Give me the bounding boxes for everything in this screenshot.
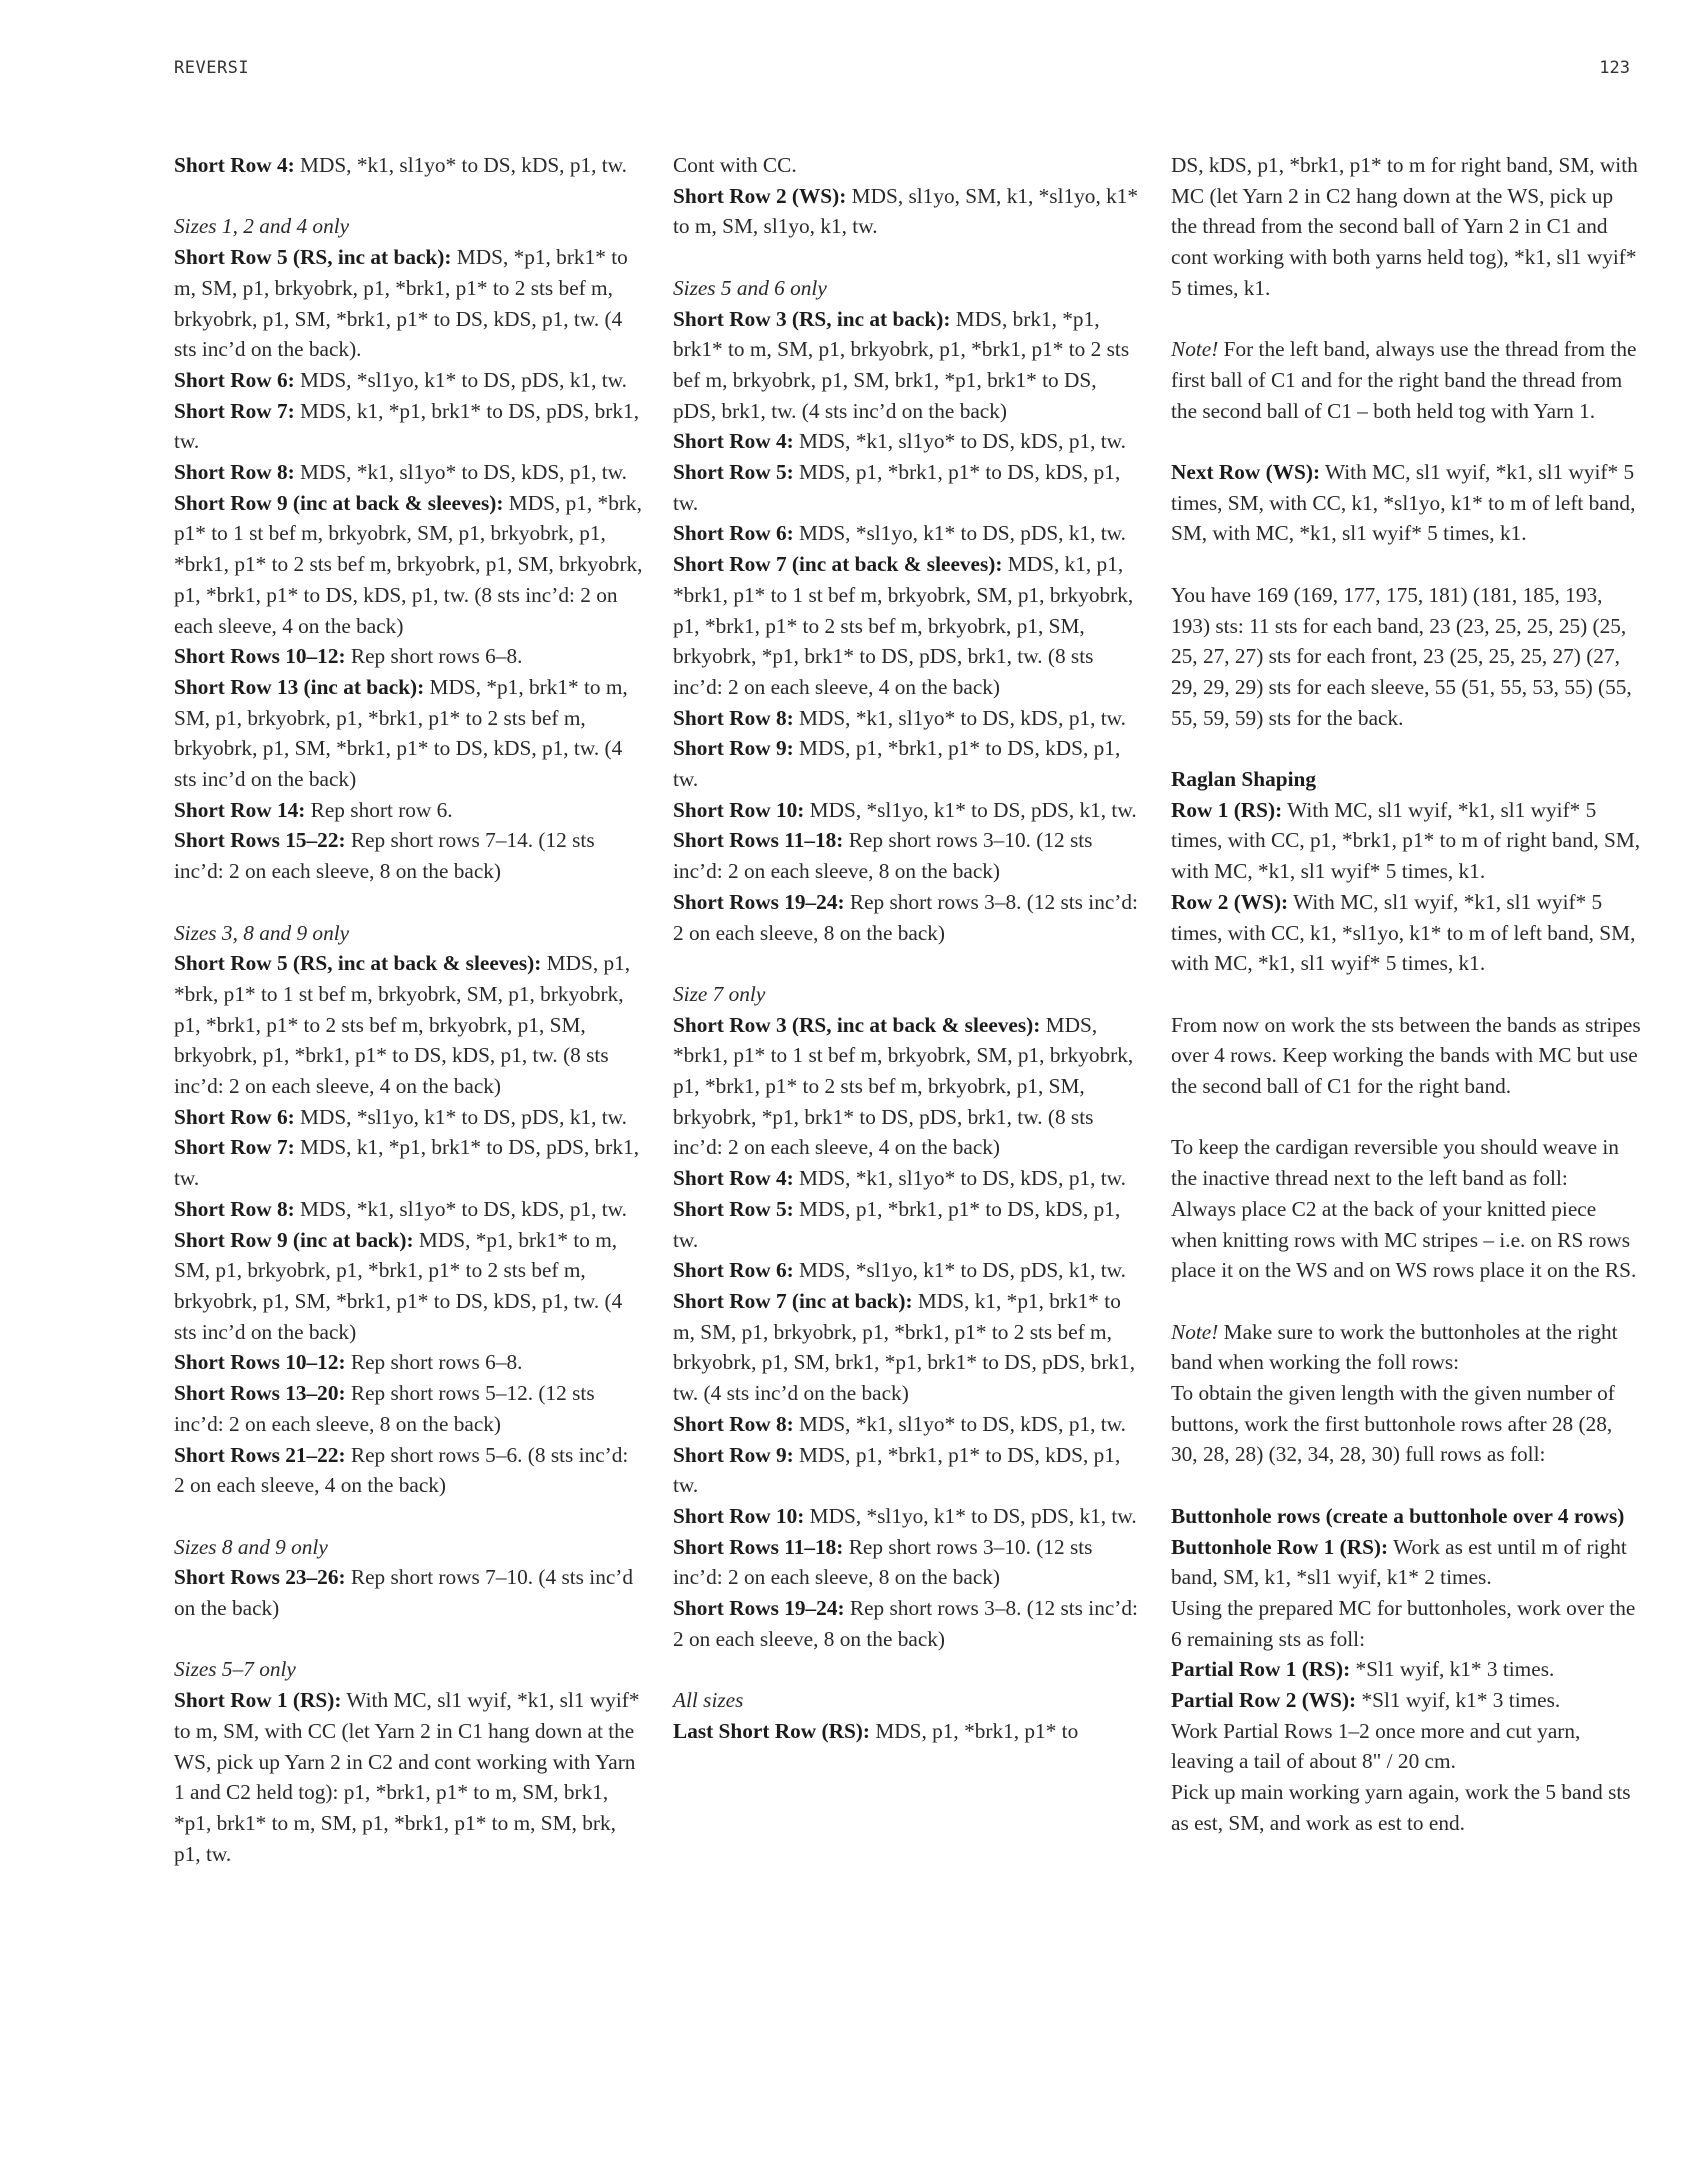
row-instructions: To obtain the given length with the give… — [1171, 1381, 1615, 1466]
row-label: Short Rows 10–12: — [174, 644, 346, 668]
instruction-paragraph: Short Row 6: MDS, *sl1yo, k1* to DS, pDS… — [174, 365, 644, 396]
instruction-paragraph: Short Row 5: MDS, p1, *brk1, p1* to DS, … — [673, 457, 1143, 518]
page-number: 123 — [1599, 58, 1630, 78]
instruction-paragraph: Row 2 (WS): With MC, sl1 wyif, *k1, sl1 … — [1171, 887, 1641, 979]
instruction-paragraph: Buttonhole Row 1 (RS): Work as est until… — [1171, 1532, 1641, 1593]
instruction-paragraph: Pick up main working yarn again, work th… — [1171, 1777, 1641, 1838]
instruction-paragraph: Short Row 5: MDS, p1, *brk1, p1* to DS, … — [673, 1194, 1143, 1255]
row-instructions: Rep short row 6. — [305, 798, 452, 822]
row-label: Short Row 8: — [174, 460, 295, 484]
instruction-paragraph: Sizes 8 and 9 only — [174, 1532, 644, 1563]
instruction-paragraph: Short Rows 19–24: Rep short rows 3–8. (1… — [673, 887, 1143, 948]
instruction-paragraph: Short Row 4: MDS, *k1, sl1yo* to DS, kDS… — [673, 1163, 1143, 1194]
row-label: Short Row 4: — [673, 429, 794, 453]
instruction-paragraph: Partial Row 2 (WS): *Sl1 wyif, k1* 3 tim… — [1171, 1685, 1641, 1716]
instruction-paragraph: Short Row 6: MDS, *sl1yo, k1* to DS, pDS… — [174, 1102, 644, 1133]
row-label: Short Row 5 (RS, inc at back): — [174, 245, 451, 269]
instruction-paragraph: Next Row (WS): With MC, sl1 wyif, *k1, s… — [1171, 457, 1641, 549]
row-label: Short Row 3 (RS, inc at back): — [673, 307, 950, 331]
row-instructions: MDS, *k1, sl1yo* to DS, kDS, p1, tw. — [794, 1166, 1126, 1190]
instruction-paragraph: Short Row 13 (inc at back): MDS, *p1, br… — [174, 672, 644, 795]
row-label: Short Row 7 (inc at back): — [673, 1289, 913, 1313]
row-instructions: MDS, *sl1yo, k1* to DS, pDS, k1, tw. — [295, 368, 627, 392]
row-instructions: MDS, *k1, sl1yo* to DS, kDS, p1, tw. — [295, 1197, 627, 1221]
row-instructions: MDS, *k1, sl1yo* to DS, kDS, p1, tw. — [295, 460, 627, 484]
row-instructions: MDS, *sl1yo, k1* to DS, pDS, k1, tw. — [794, 1258, 1126, 1282]
row-label: Short Row 4: — [673, 1166, 794, 1190]
instruction-paragraph: Short Rows 10–12: Rep short rows 6–8. — [174, 641, 644, 672]
row-instructions: MDS, *k1, sl1yo* to DS, kDS, p1, tw. — [794, 429, 1126, 453]
row-instructions: To keep the cardigan reversible you shou… — [1171, 1135, 1619, 1190]
row-label: Short Row 6: — [673, 1258, 794, 1282]
instruction-paragraph: Short Row 10: MDS, *sl1yo, k1* to DS, pD… — [673, 795, 1143, 826]
instruction-paragraph: From now on work the sts between the ban… — [1171, 1010, 1641, 1102]
instruction-paragraph: Short Row 7: MDS, k1, *p1, brk1* to DS, … — [174, 396, 644, 457]
instruction-paragraph: Sizes 3, 8 and 9 only — [174, 918, 644, 949]
row-label: Short Row 4: — [174, 153, 295, 177]
row-label: Short Rows 15–22: — [174, 828, 346, 852]
instruction-paragraph: DS, kDS, p1, *brk1, p1* to m for right b… — [1171, 150, 1641, 304]
instruction-paragraph: Short Row 2 (WS): MDS, sl1yo, SM, k1, *s… — [673, 181, 1143, 242]
instruction-paragraph: Short Row 9 (inc at back & sleeves): MDS… — [174, 488, 644, 642]
row-label: Short Row 6: — [174, 1105, 295, 1129]
row-instructions: *Sl1 wyif, k1* 3 times. — [1350, 1657, 1554, 1681]
size-note: Sizes 1, 2 and 4 only — [174, 214, 349, 238]
instruction-paragraph: Short Row 5 (RS, inc at back & sleeves):… — [174, 948, 644, 1102]
row-label: Short Row 2 (WS): — [673, 184, 846, 208]
row-label: Row 2 (WS): — [1171, 890, 1288, 914]
instruction-paragraph: Short Row 4: MDS, *k1, sl1yo* to DS, kDS… — [174, 150, 644, 181]
row-label: Last Short Row (RS): — [673, 1719, 870, 1743]
row-instructions: MDS, p1, *brk1, p1* to — [870, 1719, 1078, 1743]
row-label: Short Row 9: — [673, 1443, 794, 1467]
row-label: Short Row 7 (inc at back & sleeves): — [673, 552, 1002, 576]
instruction-paragraph: Buttonhole rows (create a buttonhole ove… — [1171, 1501, 1641, 1532]
row-label: Short Rows 19–24: — [673, 1596, 845, 1620]
instruction-paragraph: Short Rows 15–22: Rep short rows 7–14. (… — [174, 825, 644, 886]
row-instructions: With MC, sl1 wyif, *k1, sl1 wyif* to m, … — [174, 1688, 640, 1866]
row-label: Short Row 10: — [673, 798, 804, 822]
size-note: Sizes 8 and 9 only — [174, 1535, 328, 1559]
instruction-paragraph: Size 7 only — [673, 979, 1143, 1010]
row-label: Short Row 8: — [174, 1197, 295, 1221]
row-instructions: *Sl1 wyif, k1* 3 times. — [1356, 1688, 1560, 1712]
instruction-paragraph: Short Row 9 (inc at back): MDS, *p1, brk… — [174, 1225, 644, 1348]
size-note: All sizes — [673, 1688, 743, 1712]
row-label: Short Row 5 (RS, inc at back & sleeves): — [174, 951, 541, 975]
instruction-paragraph: Short Row 14: Rep short row 6. — [174, 795, 644, 826]
running-title: REVERSI — [174, 58, 249, 78]
row-instructions: Cont with CC. — [673, 153, 797, 177]
instruction-paragraph: All sizes — [673, 1685, 1143, 1716]
instruction-paragraph: Sizes 5–7 only — [174, 1654, 644, 1685]
instruction-paragraph: Short Rows 11–18: Rep short rows 3–10. (… — [673, 1532, 1143, 1593]
row-instructions: You have 169 (169, 177, 175, 181) (181, … — [1171, 583, 1632, 730]
instruction-paragraph: Short Rows 21–22: Rep short rows 5–6. (8… — [174, 1440, 644, 1501]
row-label: Partial Row 1 (RS): — [1171, 1657, 1350, 1681]
row-label: Short Row 7: — [174, 399, 295, 423]
size-note: Size 7 only — [673, 982, 765, 1006]
instruction-paragraph: Short Row 6: MDS, *sl1yo, k1* to DS, pDS… — [673, 518, 1143, 549]
text-column-1: Short Row 4: MDS, *k1, sl1yo* to DS, kDS… — [174, 150, 644, 1869]
row-instructions: Work Partial Rows 1–2 once more and cut … — [1171, 1719, 1580, 1774]
row-label: Short Row 10: — [673, 1504, 804, 1528]
instruction-paragraph: Short Row 8: MDS, *k1, sl1yo* to DS, kDS… — [174, 1194, 644, 1225]
row-instructions: MDS, *sl1yo, k1* to DS, pDS, k1, tw. — [804, 798, 1136, 822]
row-label: Short Row 14: — [174, 798, 305, 822]
row-instructions: DS, kDS, p1, *brk1, p1* to m for right b… — [1171, 153, 1638, 300]
instruction-paragraph: Short Row 7: MDS, k1, *p1, brk1* to DS, … — [174, 1132, 644, 1193]
row-label: Short Row 9 (inc at back & sleeves): — [174, 491, 503, 515]
instruction-paragraph: Raglan Shaping — [1171, 764, 1641, 795]
size-note: Sizes 5–7 only — [174, 1657, 296, 1681]
size-note: Sizes 5 and 6 only — [673, 276, 827, 300]
instruction-paragraph: Short Row 3 (RS, inc at back): MDS, brk1… — [673, 304, 1143, 427]
instruction-paragraph: Last Short Row (RS): MDS, p1, *brk1, p1*… — [673, 1716, 1143, 1747]
instruction-paragraph: You have 169 (169, 177, 175, 181) (181, … — [1171, 580, 1641, 734]
text-column-2: Cont with CC.Short Row 2 (WS): MDS, sl1y… — [673, 150, 1143, 1747]
row-label: Raglan Shaping — [1171, 767, 1316, 791]
row-label: Short Row 3 (RS, inc at back & sleeves): — [673, 1013, 1040, 1037]
row-instructions: MDS, *k1, sl1yo* to DS, kDS, p1, tw. — [794, 1412, 1126, 1436]
instruction-paragraph: To keep the cardigan reversible you shou… — [1171, 1132, 1641, 1193]
instruction-paragraph: Using the prepared MC for buttonholes, w… — [1171, 1593, 1641, 1654]
instruction-paragraph: Short Row 5 (RS, inc at back): MDS, *p1,… — [174, 242, 644, 365]
instruction-paragraph: Short Row 4: MDS, *k1, sl1yo* to DS, kDS… — [673, 426, 1143, 457]
size-note: Note! — [1171, 337, 1218, 361]
row-label: Short Row 8: — [673, 1412, 794, 1436]
row-instructions: For the left band, always use the thread… — [1171, 337, 1636, 422]
instruction-paragraph: Short Row 8: MDS, *k1, sl1yo* to DS, kDS… — [673, 1409, 1143, 1440]
row-label: Short Row 9 (inc at back): — [174, 1228, 414, 1252]
instruction-paragraph: Short Rows 11–18: Rep short rows 3–10. (… — [673, 825, 1143, 886]
row-instructions: Rep short rows 6–8. — [346, 1350, 523, 1374]
row-label: Short Rows 23–26: — [174, 1565, 346, 1589]
instruction-paragraph: Note! Make sure to work the buttonholes … — [1171, 1317, 1641, 1378]
instruction-paragraph: Short Row 8: MDS, *k1, sl1yo* to DS, kDS… — [673, 703, 1143, 734]
row-label: Short Row 8: — [673, 706, 794, 730]
row-label: Short Row 1 (RS): — [174, 1688, 341, 1712]
instruction-paragraph: Short Rows 10–12: Rep short rows 6–8. — [174, 1347, 644, 1378]
row-label: Short Rows 10–12: — [174, 1350, 346, 1374]
row-label: Short Row 5: — [673, 460, 794, 484]
row-label: Short Rows 11–18: — [673, 1535, 843, 1559]
row-label: Buttonhole Row 1 (RS): — [1171, 1535, 1388, 1559]
row-label: Short Row 6: — [673, 521, 794, 545]
instruction-paragraph: Short Row 7 (inc at back & sleeves): MDS… — [673, 549, 1143, 703]
size-note: Sizes 3, 8 and 9 only — [174, 921, 349, 945]
row-label: Short Row 13 (inc at back): — [174, 675, 424, 699]
row-label: Row 1 (RS): — [1171, 798, 1282, 822]
instruction-paragraph: Cont with CC. — [673, 150, 1143, 181]
instruction-paragraph: Work Partial Rows 1–2 once more and cut … — [1171, 1716, 1641, 1777]
row-instructions: Always place C2 at the back of your knit… — [1171, 1197, 1636, 1282]
row-label: Short Row 9: — [673, 736, 794, 760]
instruction-paragraph: Short Row 8: MDS, *k1, sl1yo* to DS, kDS… — [174, 457, 644, 488]
instruction-paragraph: Short Rows 13–20: Rep short rows 5–12. (… — [174, 1378, 644, 1439]
text-column-3: DS, kDS, p1, *brk1, p1* to m for right b… — [1171, 150, 1641, 1839]
instruction-paragraph: Short Row 10: MDS, *sl1yo, k1* to DS, pD… — [673, 1501, 1143, 1532]
instruction-paragraph: Short Row 7 (inc at back): MDS, k1, *p1,… — [673, 1286, 1143, 1409]
row-instructions: Pick up main working yarn again, work th… — [1171, 1780, 1631, 1835]
instruction-paragraph: Short Row 1 (RS): With MC, sl1 wyif, *k1… — [174, 1685, 644, 1869]
instruction-paragraph: Row 1 (RS): With MC, sl1 wyif, *k1, sl1 … — [1171, 795, 1641, 887]
instruction-paragraph: Partial Row 1 (RS): *Sl1 wyif, k1* 3 tim… — [1171, 1654, 1641, 1685]
row-label: Partial Row 2 (WS): — [1171, 1688, 1356, 1712]
row-label: Short Row 5: — [673, 1197, 794, 1221]
row-label: Short Rows 13–20: — [174, 1381, 346, 1405]
row-label: Short Row 6: — [174, 368, 295, 392]
row-instructions: MDS, *sl1yo, k1* to DS, pDS, k1, tw. — [794, 521, 1126, 545]
row-label: Short Rows 19–24: — [673, 890, 845, 914]
instruction-paragraph: To obtain the given length with the give… — [1171, 1378, 1641, 1470]
instruction-paragraph: Short Row 6: MDS, *sl1yo, k1* to DS, pDS… — [673, 1255, 1143, 1286]
row-label: Buttonhole rows (create a buttonhole ove… — [1171, 1504, 1624, 1528]
row-label: Short Rows 11–18: — [673, 828, 843, 852]
row-instructions: MDS, *k1, sl1yo* to DS, kDS, p1, tw. — [295, 153, 627, 177]
row-instructions: Make sure to work the buttonholes at the… — [1171, 1320, 1618, 1375]
instruction-paragraph: Always place C2 at the back of your knit… — [1171, 1194, 1641, 1286]
size-note: Note! — [1171, 1320, 1218, 1344]
row-instructions: Rep short rows 6–8. — [346, 644, 523, 668]
row-instructions: From now on work the sts between the ban… — [1171, 1013, 1641, 1098]
instruction-paragraph: Sizes 1, 2 and 4 only — [174, 211, 644, 242]
row-label: Short Row 7: — [174, 1135, 295, 1159]
instruction-paragraph: Short Rows 19–24: Rep short rows 3–8. (1… — [673, 1593, 1143, 1654]
row-instructions: MDS, *sl1yo, k1* to DS, pDS, k1, tw. — [295, 1105, 627, 1129]
row-label: Short Rows 21–22: — [174, 1443, 346, 1467]
row-instructions: MDS, *sl1yo, k1* to DS, pDS, k1, tw. — [804, 1504, 1136, 1528]
row-instructions: MDS, *k1, sl1yo* to DS, kDS, p1, tw. — [794, 706, 1126, 730]
instruction-paragraph: Short Rows 23–26: Rep short rows 7–10. (… — [174, 1562, 644, 1623]
instruction-paragraph: Short Row 9: MDS, p1, *brk1, p1* to DS, … — [673, 733, 1143, 794]
row-instructions: Using the prepared MC for buttonholes, w… — [1171, 1596, 1635, 1651]
row-label: Next Row (WS): — [1171, 460, 1320, 484]
instruction-paragraph: Note! For the left band, always use the … — [1171, 334, 1641, 426]
instruction-paragraph: Short Row 9: MDS, p1, *brk1, p1* to DS, … — [673, 1440, 1143, 1501]
instruction-paragraph: Sizes 5 and 6 only — [673, 273, 1143, 304]
instruction-paragraph: Short Row 3 (RS, inc at back & sleeves):… — [673, 1010, 1143, 1164]
